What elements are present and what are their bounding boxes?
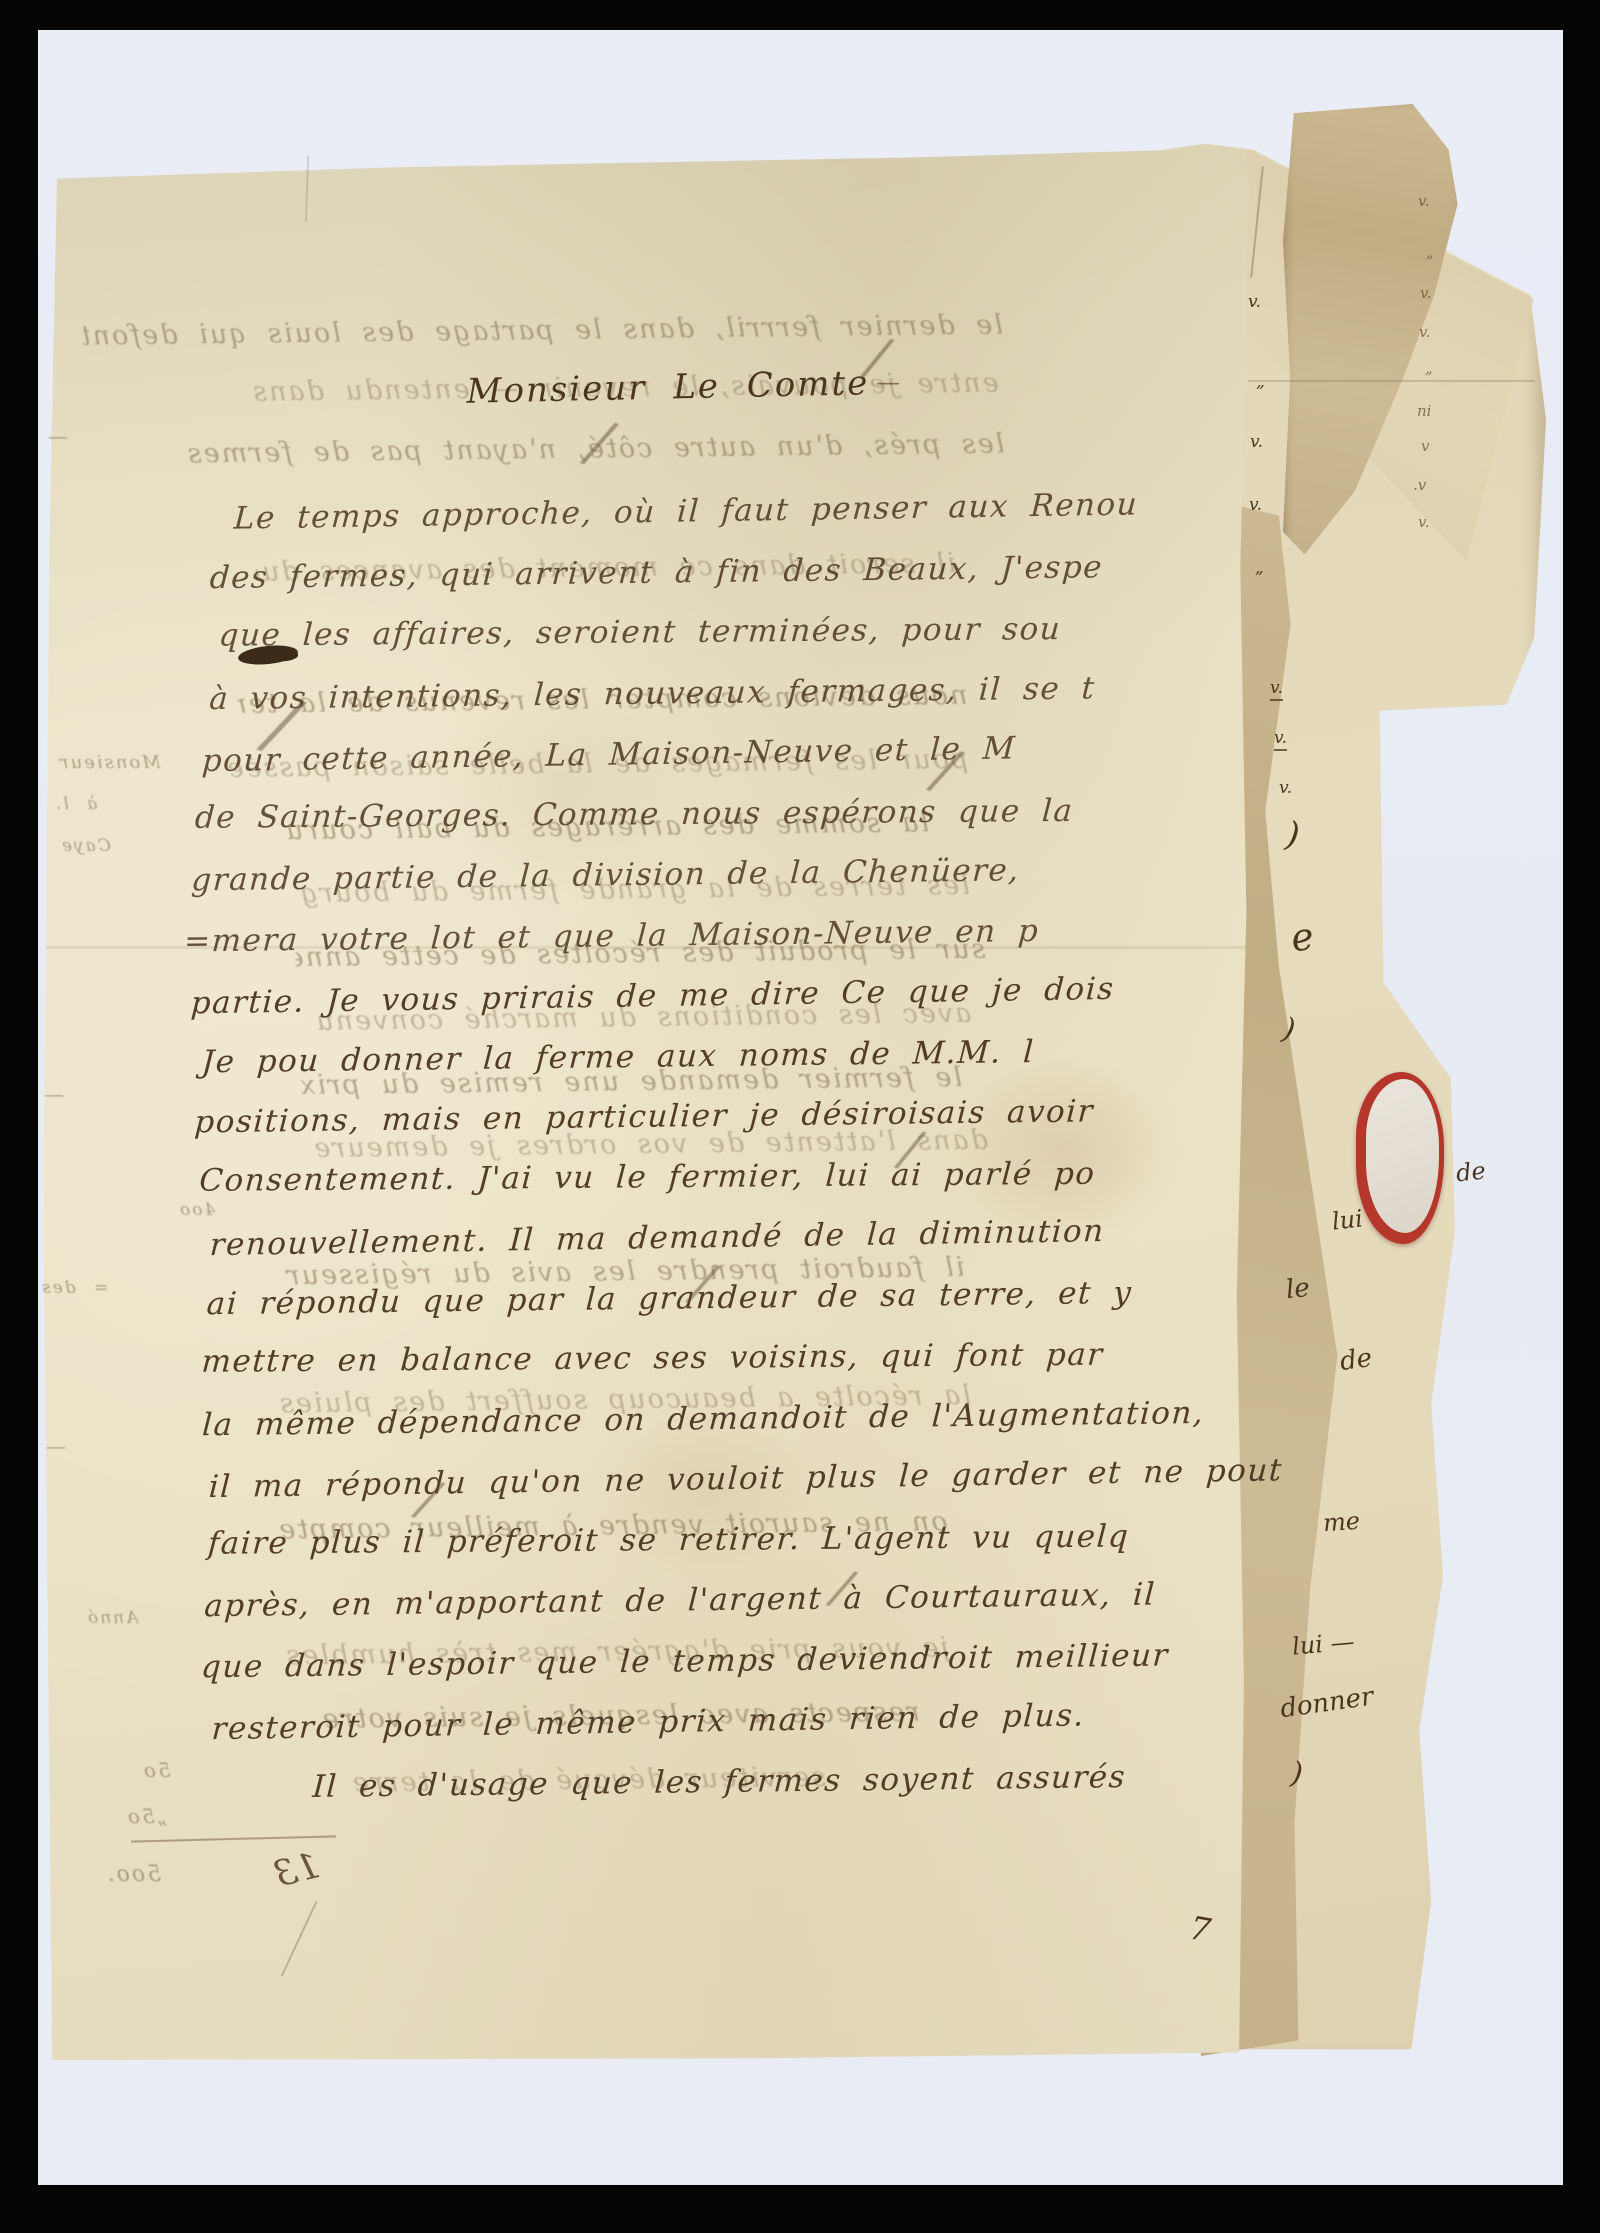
- ink-fragment: de: [1338, 1343, 1374, 1377]
- ink-fragment: le: [1284, 1273, 1311, 1305]
- showthrough-word: = des: [40, 1278, 108, 1298]
- ditto-mark: v.: [1418, 513, 1429, 531]
- showthrough-stroke: —: [46, 424, 68, 448]
- showthrough-stroke: ∕: [928, 737, 963, 805]
- showthrough-number: 13: [270, 1845, 324, 1896]
- ditto-mark: v: [1421, 437, 1429, 455]
- ditto-mark: „: [1425, 359, 1433, 377]
- ditto-mark: ni: [1417, 402, 1431, 420]
- ink-fragment: de: [1455, 1157, 1487, 1188]
- ditto-mark: v.: [1250, 432, 1263, 452]
- ink-fragment: donner: [1278, 1682, 1375, 1725]
- ink-fragment: ): [1289, 1755, 1304, 1791]
- ink-fragment: ): [1279, 1011, 1298, 1048]
- ink-fragment: me: [1322, 1507, 1361, 1538]
- showthrough-word: 4oo: [178, 1200, 215, 1220]
- showthrough-stroke: ∕: [687, 1253, 719, 1315]
- ditto-mark: v.: [1420, 284, 1431, 302]
- ditto-mark: v.: [1274, 728, 1287, 751]
- ditto-mark: .v: [1413, 476, 1426, 494]
- ditto-mark: v.: [1418, 192, 1429, 210]
- ink-fragment: e: [1288, 914, 1316, 961]
- ink-fragment: lui: [1331, 1204, 1365, 1235]
- ditto-mark: v.: [1419, 323, 1430, 341]
- ink-fragment: ): [1283, 814, 1302, 855]
- ditto-mark: v.: [1248, 292, 1261, 312]
- ditto-mark: „: [1255, 558, 1264, 578]
- showthrough-number: 5o: [142, 1758, 171, 1782]
- showthrough-stroke: —: [42, 1082, 64, 1106]
- showthrough-stroke: ∕: [827, 1559, 856, 1617]
- ditto-mark: v.: [1279, 778, 1292, 798]
- showthrough-word: à l.: [54, 794, 97, 814]
- ditto-mark: v.: [1270, 678, 1283, 701]
- showthrough-word: Monsieur: [58, 752, 161, 773]
- ditto-mark: v.: [1249, 495, 1262, 515]
- ink-fragment: lui —: [1291, 1627, 1356, 1660]
- showthrough-stroke: ∕: [582, 407, 617, 478]
- ink-fragment: 7: [1187, 1909, 1214, 1950]
- showthrough-word: Annó: [86, 1608, 138, 1628]
- ditto-mark: „: [1256, 372, 1265, 392]
- showthrough-word: Caye: [60, 836, 111, 856]
- showthrough-stroke: ∕: [259, 680, 305, 767]
- showthrough-number: „5o: [126, 1804, 167, 1828]
- showthrough-number: 5oo.: [106, 1862, 161, 1887]
- wax-seal-remnant: [1356, 1072, 1444, 1244]
- showthrough-stroke: ∕: [413, 1469, 444, 1529]
- showthrough-stroke: —: [44, 1434, 66, 1458]
- showthrough-stroke: ∕: [896, 1119, 925, 1179]
- ditto-mark: „: [1426, 243, 1434, 261]
